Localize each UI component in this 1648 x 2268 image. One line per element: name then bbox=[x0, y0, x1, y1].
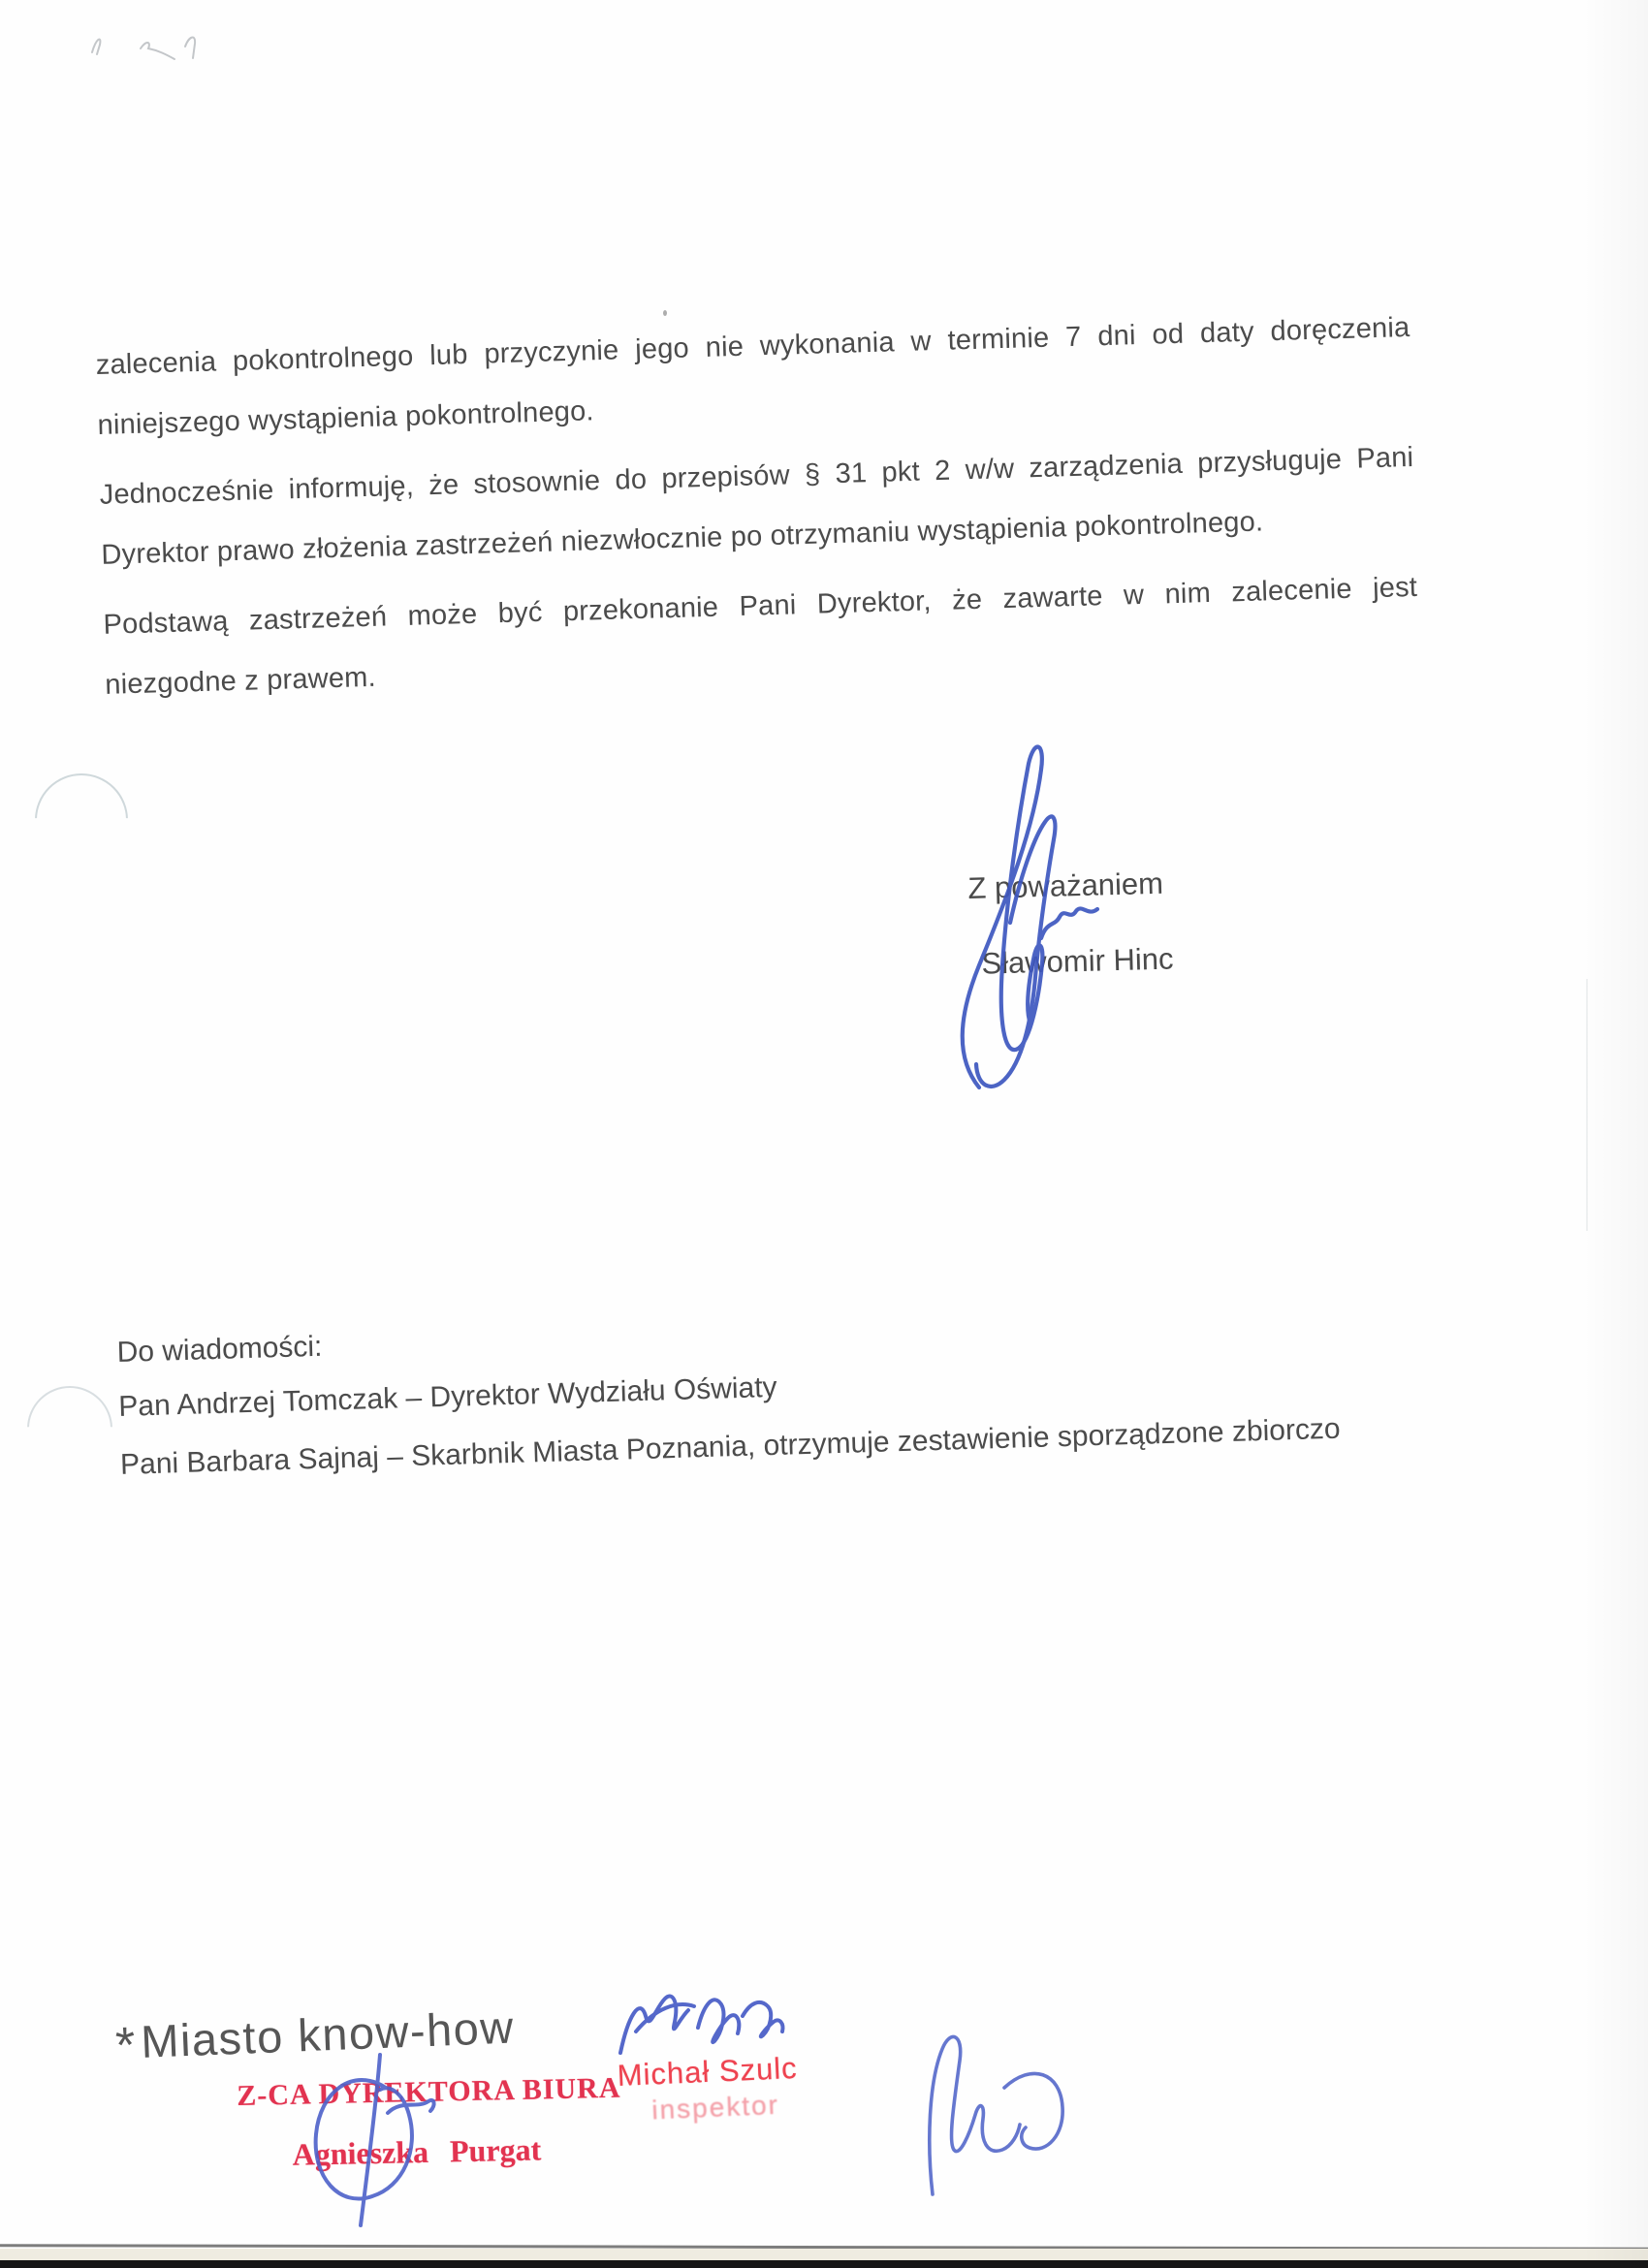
signoff-block: Z poważaniem Sławomir Hinc bbox=[967, 867, 1174, 981]
scan-artifact-arc bbox=[35, 773, 128, 866]
stamp-title: inspektor bbox=[651, 2089, 800, 2126]
closing-phrase: Z poważaniem bbox=[967, 867, 1172, 905]
paragraph: zalecenia pokontrolnego lub przyczynie j… bbox=[95, 298, 1412, 456]
scan-edge-strip bbox=[0, 2249, 1648, 2260]
logo-asterisk-icon: * bbox=[114, 2017, 137, 2074]
pen-scratch-marks bbox=[82, 27, 208, 74]
letter-body: zalecenia pokontrolnego lub przyczynie j… bbox=[95, 298, 1420, 725]
logo-text: Miasto know-how bbox=[140, 2000, 515, 2066]
stamp-name: Michał Szulc bbox=[617, 2051, 798, 2094]
scanned-letter-page: zalecenia pokontrolnego lub przyczynie j… bbox=[0, 0, 1648, 2268]
scan-artifact-line bbox=[1586, 979, 1588, 1231]
stamp-title: Z-CA DYREKTORA BIURA bbox=[237, 2072, 621, 2113]
scan-artifact-arc bbox=[27, 1386, 112, 1471]
stamp-inspector: Michał Szulc inspektor bbox=[617, 2051, 800, 2127]
scan-edge-bar bbox=[0, 2260, 1648, 2268]
distribution-block: Do wiadomości: Pan Andrzej Tomczak – Dyr… bbox=[116, 1290, 1458, 1489]
stamp-deputy-director: Z-CA DYREKTORA BIURA Agnieszka Purgat bbox=[237, 2072, 622, 2174]
city-logo: *Miasto know-how bbox=[114, 2000, 516, 2074]
signature-right-ink bbox=[884, 2026, 1078, 2202]
signatory-name: Sławomir Hinc bbox=[981, 942, 1174, 980]
scan-speck bbox=[663, 310, 667, 316]
paragraph: Podstawą zastrzeżeń może być przekonanie… bbox=[103, 557, 1420, 715]
paragraph: Jednocześnie informuję, że stosownie do … bbox=[99, 427, 1416, 585]
stamp-name: Agnieszka Purgat bbox=[292, 2130, 622, 2173]
